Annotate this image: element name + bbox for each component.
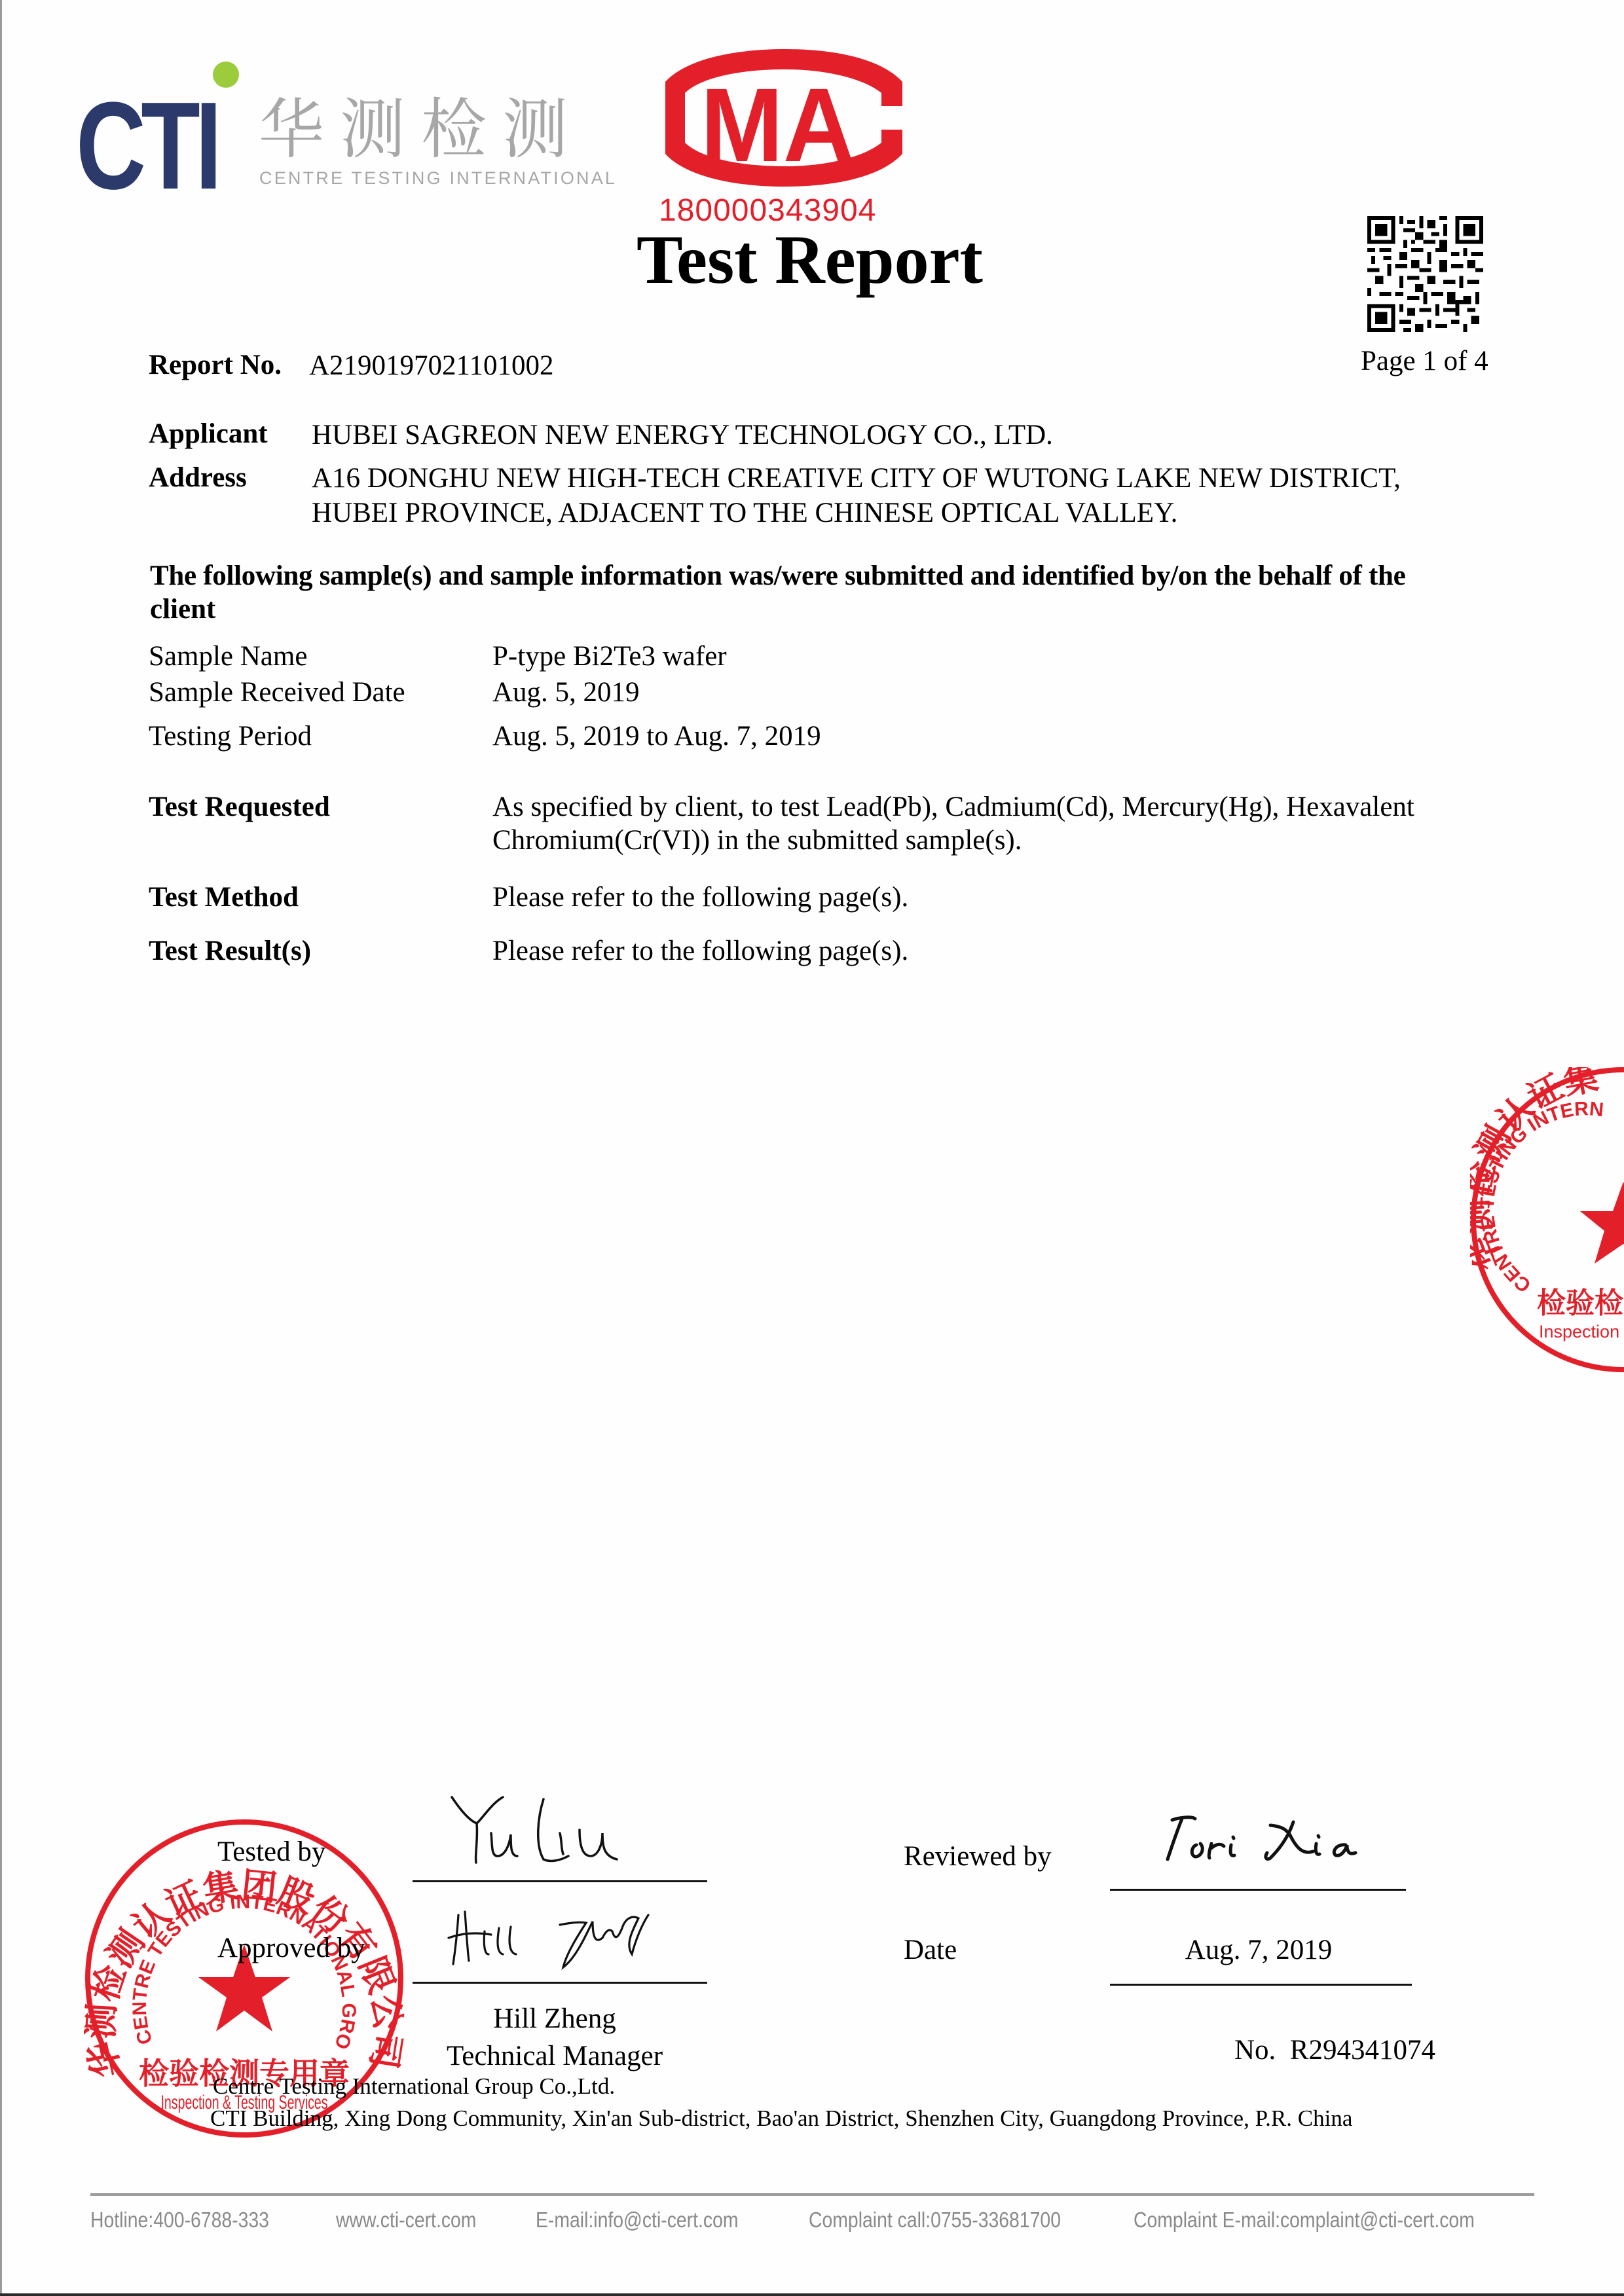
sample-received-date-value: Aug. 5, 2019 [492,678,640,706]
qr-code-icon[interactable] [1367,216,1483,332]
footer-hotline: Hotline:400-6788-333 [90,2209,269,2231]
company-name: Centre Testing International Group Co.,L… [213,2075,615,2098]
page-title: Test Report [637,225,983,295]
page-indicator: Page 1 of 4 [1361,347,1488,375]
tested-by-label: Tested by [217,1838,325,1866]
test-results-value: Please refer to the following page(s). [492,937,908,965]
svg-text:Inspection & Te: Inspection & Te [1539,1322,1624,1341]
page-left-edge [0,0,2,2296]
applicant-value: HUBEI SAGREON NEW ENERGY TECHNOLOGY CO.,… [312,421,1053,449]
stamp-star-icon [1580,1182,1624,1264]
test-requested-label: Test Requested [149,793,330,821]
footer-complaint-call: Complaint call:0755-33681700 [809,2209,1061,2231]
footer-complaint-email-link[interactable]: Complaint E-mail:complaint@cti-cert.com [1134,2209,1475,2231]
address-line-1: A16 DONGHU NEW HIGH-TECH CREATIVE CITY O… [312,464,1401,492]
cma-logo-icon: MA [659,46,912,190]
approver-name: Hill Zheng [493,2005,616,2033]
sample-name-value: P-type Bi2Te3 wafer [492,642,727,670]
sample-received-date-label: Sample Received Date [149,678,405,706]
approved-by-signature [445,1895,681,1974]
reviewed-by-label: Reviewed by [904,1842,1052,1870]
address-line-2: HUBEI PROVINCE, ADJACENT TO THE CHINESE … [312,499,1177,527]
report-page: CTI 华测检测 CENTRE TESTING INTERNATIONAL MA… [0,0,1624,2296]
cti-english-name: CENTRE TESTING INTERNATIONAL [259,170,617,187]
date-line [1110,1984,1412,1986]
page-bottom-edge [0,2293,1624,2296]
cti-logo-dot [213,62,239,88]
address-label: Address [149,464,247,492]
footer-website-link[interactable]: www.cti-cert.com [336,2209,476,2231]
test-requested-line-1: As specified by client, to test Lead(Pb)… [492,793,1414,821]
applicant-label: Applicant [149,420,268,448]
cti-wordmark: CTI [76,84,217,208]
test-method-value: Please refer to the following page(s). [492,883,908,911]
report-no-value: A2190197021101002 [309,352,553,380]
footer-divider [90,2193,1534,2196]
approved-by-line [413,1982,707,1984]
approver-title: Technical Manager [447,2042,663,2070]
sample-intro-line-1: The following sample(s) and sample infor… [150,562,1405,590]
serial-number: No. R294341074 [1234,2036,1435,2064]
footer-email-link[interactable]: E-mail:info@cti-cert.com [536,2209,739,2231]
test-requested-line-2: Chromium(Cr(VI)) in the submitted sample… [492,826,1022,854]
svg-text:检验检测: 检验检测 [1537,1286,1624,1320]
sample-name-label: Sample Name [149,642,307,670]
cma-letters: MA [701,66,855,183]
reviewed-by-line [1110,1889,1406,1891]
reviewed-by-signature [1156,1812,1365,1868]
test-results-label: Test Result(s) [149,937,311,965]
testing-period-value: Aug. 5, 2019 to Aug. 7, 2019 [492,722,821,750]
sample-intro-line-2: client [150,595,215,623]
approved-by-label: Approved by [217,1934,365,1962]
test-method-label: Test Method [149,883,299,911]
company-seal-stamp-right: 华测检测认证集 CENTRE TESTING INTERN 检验检测 Inspe… [1470,1067,1624,1375]
company-address: CTI Building, Xing Dong Community, Xin'a… [210,2107,1352,2130]
cti-chinese-name: 华测检测 [259,97,583,162]
report-no-label: Report No. [149,351,282,379]
testing-period-label: Testing Period [149,722,312,750]
tested-by-signature [445,1794,671,1872]
tested-by-line [413,1880,707,1882]
date-label: Date [904,1936,957,1964]
date-value: Aug. 7, 2019 [1185,1936,1333,1964]
